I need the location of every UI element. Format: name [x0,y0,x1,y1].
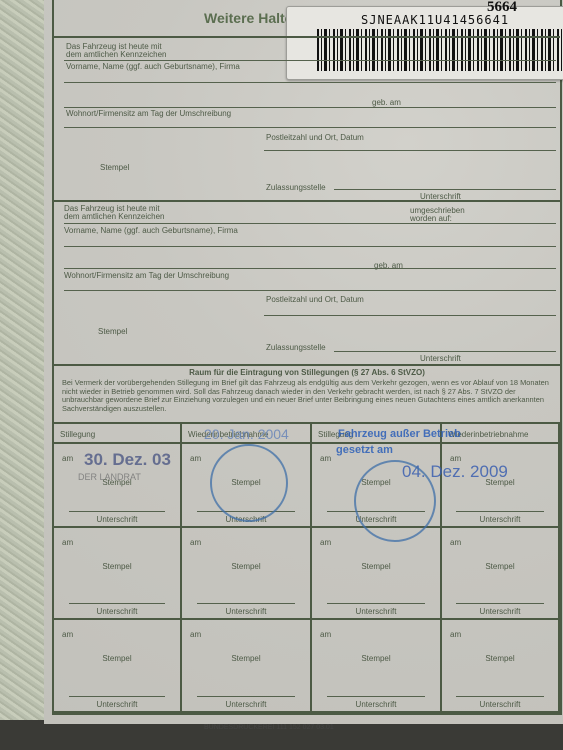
stamp-label: Stempel [312,562,440,571]
stamp-cell: amStempelUnterschrift [442,444,560,528]
signature-label: Unterschrift [54,700,180,709]
date-label: am [320,538,331,547]
date-stamp: 30. Dez. 03 [84,450,171,470]
date-label: am [62,538,73,547]
line [64,268,556,269]
divider [54,200,560,202]
date-label: am [320,630,331,639]
column-header: Stillegung [54,424,182,444]
date-label: am [62,454,73,463]
date-label: am [320,454,331,463]
line [264,315,556,316]
residence-label: Wohnort/Firmensitz am Tag der Umschreibu… [64,271,229,280]
out-of-service-stamp: Fahrzeug außer Betrieb [338,428,461,440]
signature-line [69,696,165,697]
line [64,107,556,108]
signature-line [456,603,544,604]
form-number: 111 152 027 03.01 [276,724,333,731]
stamp-cell: amStempelUnterschrift [54,620,182,713]
vehicle-registration-form: Weitere Halter 5664 SJNEAAK11U41456641 D… [52,0,562,715]
signature-label: Unterschrift [182,700,310,709]
line [64,127,556,128]
office-label: Zulassungsstelle [266,183,326,192]
date-label: am [450,630,461,639]
stamp-cell: amStempelUnterschrift [442,620,560,713]
stamp-label: Stempel [442,562,558,571]
vehicle-today-label-2: dem amtlichen Kennzeichen [64,212,165,221]
date-label: am [190,454,201,463]
printer-imprint: BUNDESDRUCKEREI 111 152 027 03.01 [204,724,334,731]
signature-line [69,603,165,604]
divider [54,36,560,38]
signature-line [69,511,165,512]
signature-label: Unterschrift [420,354,461,363]
signature-label: Unterschrift [312,607,440,616]
date-label: am [450,538,461,547]
stamp-label: Stempel [442,654,558,663]
signature-line [197,603,294,604]
stamp-label: Stempel [182,562,310,571]
form-title: Weitere Halter [204,10,298,26]
signature-label: Unterschrift [312,700,440,709]
line [64,60,556,61]
name-label: Vorname, Name (ggf. auch Geburtsname), F… [66,62,240,71]
stamp-cell: amStempelUnterschrift [312,620,442,713]
stamp-label: Stempel [312,654,440,663]
stamp-cell: amStempelUnterschrift [312,528,442,620]
stamp-label: Stempel [100,163,129,172]
stamp-cell: amStempelUnterschrift [54,528,182,620]
column-header-label: Stillegung [60,430,95,439]
stamp-cell: amStempelUnterschrift [442,528,560,620]
signature-label: Unterschrift [54,515,180,524]
vehicle-today-label-2: dem amtlichen Kennzeichen [66,50,167,59]
signature-line [327,696,424,697]
document-edge [0,0,46,720]
signature-label: Unterschrift [442,515,558,524]
out-of-service-stamp-2: gesetzt am [336,444,393,456]
name-label: Vorname, Name (ggf. auch Geburtsname), F… [64,226,238,235]
date-label: am [62,630,73,639]
line [64,82,556,83]
born-label: geb. am [372,98,401,107]
official-seal-icon [354,460,436,542]
barcode-code: SJNEAAK11U41456641 [361,13,509,27]
date-stamp: 20. Jan. 2004 [204,426,289,442]
line [334,189,556,190]
signature-line [456,511,544,512]
official-seal-icon [210,444,288,522]
line [64,246,556,247]
residence-label: Wohnort/Firmensitz am Tag der Umschreibu… [66,109,231,118]
transferred-label-2: worden auf: [410,214,452,223]
date-label: am [190,630,201,639]
date-label: am [190,538,201,547]
postal-label: Postleitzahl und Ort, Datum [266,133,364,142]
stamp-label: Stempel [98,327,127,336]
divider [54,364,560,366]
signature-label: Unterschrift [54,607,180,616]
line [64,223,556,224]
deregistration-text: Bei Vermerk der vorübergehenden Stillegu… [62,379,554,413]
barcode-sticker: 5664 SJNEAAK11U41456641 [286,6,563,80]
stamp-label: Stempel [182,654,310,663]
authority-stamp: DER LANDRAT [78,472,141,482]
signature-line [197,696,294,697]
deregistration-title: Raum für die Eintragung von Stillegungen… [54,368,560,377]
signature-label: Unterschrift [182,607,310,616]
signature-label: Unterschrift [442,607,558,616]
office-label: Zulassungsstelle [266,343,326,352]
stamp-cell: amStempelUnterschrift [182,528,312,620]
postal-label: Postleitzahl und Ort, Datum [266,295,364,304]
signature-line [456,696,544,697]
line [264,150,556,151]
stamp-label: Stempel [54,562,180,571]
stamp-cell: amStempelUnterschrift [182,620,312,713]
printer-name: BUNDESDRUCKEREI [204,724,274,731]
stamp-label: Stempel [54,654,180,663]
signature-label: Unterschrift [442,700,558,709]
line [334,351,556,352]
line [64,290,556,291]
signature-line [327,603,424,604]
